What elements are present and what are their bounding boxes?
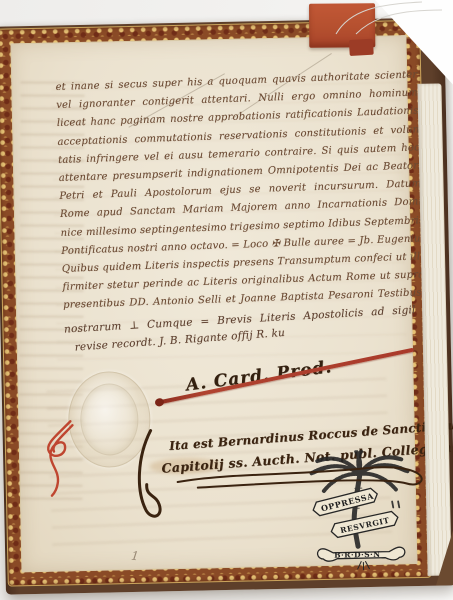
stamp-initials: B·R·D·S·N <box>334 550 380 560</box>
red-ribbon-flap <box>349 39 374 56</box>
manuscript-text-block: et inane si secus super his a quoquam qu… <box>55 66 426 353</box>
red-seal-cord <box>36 417 84 498</box>
manuscript-photo: et inane si secus super his a quoquam qu… <box>0 0 453 600</box>
blind-seal-ring <box>80 383 139 456</box>
gilt-border-frame: et inane si secus super his a quoquam qu… <box>0 20 432 587</box>
binding-threads <box>330 0 450 36</box>
book-cover: et inane si secus super his a quoquam qu… <box>0 17 453 594</box>
page-number: 1 <box>130 549 139 564</box>
notary-flourish <box>134 417 436 533</box>
manuscript-page: et inane si secus super his a quoquam qu… <box>10 35 417 572</box>
